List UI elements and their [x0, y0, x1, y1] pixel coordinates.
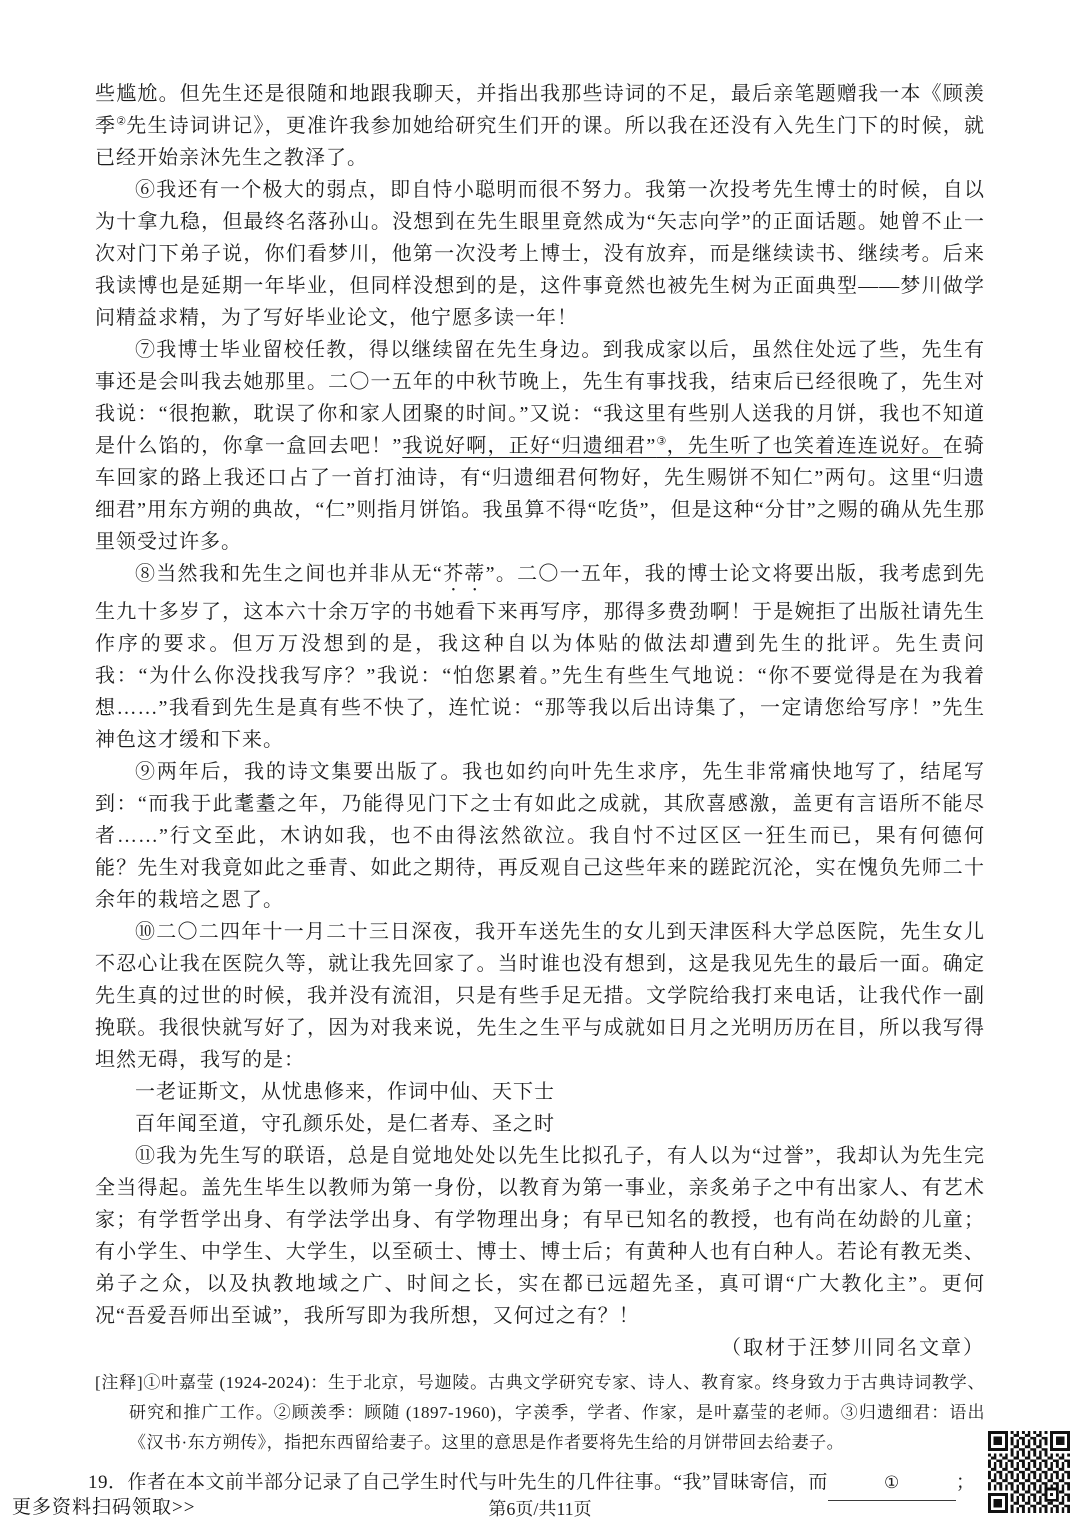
footnote-ref-3: ③	[656, 435, 666, 447]
paragraph-8: ⑧当然我和先生之间也并非从无“芥蒂”。二〇一五年，我的博士论文将要出版，我考虑到…	[95, 558, 985, 756]
article-body: 些尴尬。但先生还是很随和地跟我聊天，并指出我那些诗词的不足，最后亲笔题赠我一本《…	[95, 78, 985, 1501]
source-attribution: （取材于汪梦川同名文章）	[95, 1332, 985, 1364]
underlined-text: ，先生听了也笑着连连说好。	[667, 435, 943, 457]
qr-code	[988, 1431, 1070, 1513]
continued-paragraph: 些尴尬。但先生还是很随和地跟我聊天，并指出我那些诗词的不足，最后亲笔题赠我一本《…	[95, 78, 985, 174]
underlined-sentence: 我说好啊，正好“归遗细君”③，先生听了也笑着连连说好。	[402, 435, 942, 457]
couplet-line-1: 一老证斯文，从忧患修来，作词中仙、天下士	[95, 1076, 985, 1108]
question-number: 19．	[88, 1472, 128, 1493]
paragraph-11: ⑪我为先生写的联语，总是自觉地处处以先生比拟孔子，有人以为“过誉”，我却认为先生…	[95, 1140, 985, 1332]
paragraph-text: ”。二〇一五年，我的博士论文将要出版，我考虑到先生九十多岁了，这本六十余万字的书…	[95, 563, 985, 751]
paragraph-6: ⑥我还有一个极大的弱点，即自恃小聪明而很不努力。我第一次投考先生博士的时候，自以…	[95, 174, 985, 334]
paragraph-9: ⑨两年后，我的诗文集要出版了。我也如约向叶先生求序，先生非常痛快地写了，结尾写到…	[95, 756, 985, 916]
blank-marker: ①	[884, 1473, 900, 1492]
footnotes-text: ①叶嘉莹 (1924-2024)：生于北京，号迦陵。古典文学研究专家、诗人、教育…	[129, 1373, 985, 1452]
paragraph-7: ⑦我博士毕业留校任教，得以继续留在先生身边。到我成家以后，虽然住处远了些，先生有…	[95, 334, 985, 558]
paragraph-text: 先生诗词讲记》，更准许我参加她给研究生们开的课。所以我在还没有入先生门下的时候，…	[95, 115, 985, 169]
question-stem: 作者在本文前半部分记录了自己学生时代与叶先生的几件往事。“我”冒昧寄信，而	[128, 1472, 828, 1493]
paragraph-text: ⑧当然我和先生之间也并非从无“	[135, 563, 443, 585]
exam-page: 些尴尬。但先生还是很随和地跟我聊天，并指出我那些诗词的不足，最后亲笔题赠我一本《…	[0, 0, 1080, 1527]
question-tail: ；	[956, 1472, 976, 1493]
paragraph-10: ⑩二〇二四年十一月二十三日深夜，我开车送先生的女儿到天津医科大学总医院，先生女儿…	[95, 916, 985, 1076]
underlined-text: 我说好啊，正好“归遗细君”	[402, 435, 656, 457]
couplet-line-2: 百年闻至道，守孔颜乐处，是仁者寿、圣之时	[95, 1108, 985, 1140]
footnotes: [注释]①叶嘉莹 (1924-2024)：生于北京，号迦陵。古典文学研究专家、诗…	[95, 1368, 985, 1458]
page-number: 第6页/共11页	[0, 1495, 1080, 1521]
footnote-ref-2: ②	[116, 115, 126, 127]
emphasized-word: 芥蒂	[443, 563, 486, 585]
footnotes-label: [注释]	[95, 1373, 143, 1392]
